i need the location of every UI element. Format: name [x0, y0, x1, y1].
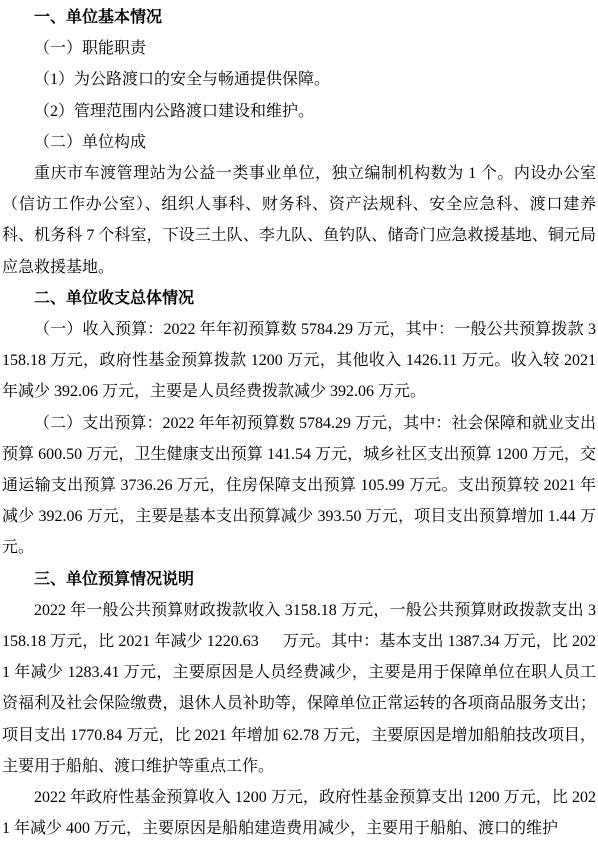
- document-paragraph: 重庆市车渡管理站为公益一类事业单位，独立编制机构数为 1 个。内设办公室（信访工…: [2, 158, 596, 283]
- document-paragraph: （一）收入预算：2022 年年初预算数 5784.29 万元，其中：一般公共预算…: [2, 314, 596, 408]
- document-paragraph: （二）单位构成: [2, 127, 596, 158]
- section-heading: 二、单位收支总体情况: [2, 283, 596, 314]
- budget-document-page: 一、单位基本情况（一）职能职责（1）为公路渡口的安全与畅通提供保障。（2）管理范…: [0, 0, 598, 844]
- document-paragraph: （1）为公路渡口的安全与畅通提供保障。: [2, 64, 596, 95]
- section-heading: 三、单位预算情况说明: [2, 564, 596, 595]
- document-paragraph: 2022 年政府性基金预算收入 1200 万元，政府性基金预算支出 1200 万…: [2, 782, 596, 844]
- document-paragraph: （一）职能职责: [2, 33, 596, 64]
- document-paragraph: （2）管理范围内公路渡口建设和维护。: [2, 96, 596, 127]
- section-heading: 一、单位基本情况: [2, 2, 596, 33]
- document-paragraph: 2022 年一般公共预算财政拨款收入 3158.18 万元，一般公共预算财政拨款…: [2, 595, 596, 782]
- document-paragraph: （二）支出预算：2022 年年初预算数 5784.29 万元，其中：社会保障和就…: [2, 408, 596, 564]
